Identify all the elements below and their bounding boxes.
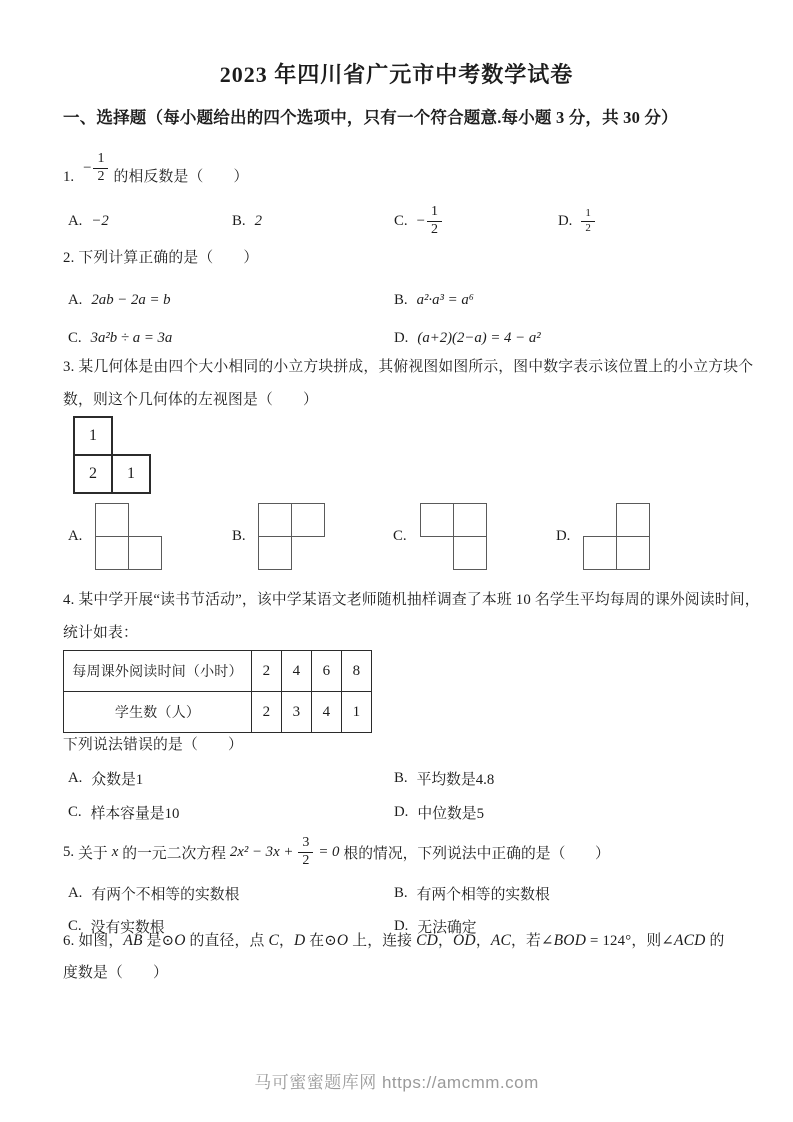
math-segment: CD [416, 932, 438, 949]
q4-option-a: A. 众数是1 [68, 763, 143, 793]
option-label: B. [232, 213, 246, 230]
math-segment: AC [491, 932, 511, 949]
option-value: 平均数是4.8 [417, 768, 495, 789]
math-segment: AB [123, 932, 142, 949]
shape-cell-tr [291, 503, 325, 537]
option-value: −2 [91, 213, 108, 230]
table-row: 每周课外阅读时间（小时） 2 4 6 8 [64, 651, 372, 692]
text-segment: 是⊙ [143, 933, 175, 949]
option-label: A. [68, 213, 82, 230]
q3-options: A. B. C. D. [0, 502, 793, 578]
shape-cell-tl [420, 503, 454, 537]
option-label: C. [68, 330, 82, 347]
q4-options-row2: C. 样本容量是10 D. 中位数是5 [0, 797, 793, 827]
option-label: B. [394, 885, 408, 902]
fraction-numerator: 3 [298, 835, 313, 853]
option-value: 中位数是5 [417, 802, 484, 823]
q5-text: 关于 [78, 842, 108, 863]
q4-stem-line1: 4. 某中学开展“读书节活动”，该中学某语文老师随机抽样调查了本班 10 名学生… [63, 590, 760, 611]
math-segment: O [174, 932, 185, 949]
q3-stem-line1: 3. 某几何体是由四个大小相同的小立方块拼成，其俯视图如图所示，图中数字表示该位… [63, 357, 753, 378]
q6-stem-line2: 度数是（ ） [63, 963, 168, 984]
q5-options-row1: A. 有两个不相等的实数根 B. 有两个相等的实数根 [0, 878, 793, 908]
q5-option-b: B. 有两个相等的实数根 [394, 878, 550, 908]
minus-sign: − [417, 213, 425, 230]
fraction-numerator: 1 [581, 207, 595, 221]
option-label: B. [394, 292, 408, 309]
option-formula: 2ab − 2a = b [91, 292, 170, 309]
q1-option-d: D. 12 [558, 196, 595, 246]
option-formula: 3a²b ÷ a = 3a [91, 330, 173, 347]
q2-options-row1: A. 2ab − 2a = b B. a²·a³ = a⁶ [0, 283, 793, 317]
math-segment: C [268, 932, 279, 949]
option-value: 有两个相等的实数根 [417, 883, 550, 904]
minus-sign: − [83, 160, 91, 177]
option-label: D. [556, 528, 570, 545]
q3-option-d-shape [583, 503, 649, 569]
table-cell: 学生数（人） [64, 692, 252, 733]
q3-top-view-diagram: 1 2 1 [73, 416, 153, 496]
variable-x: x [112, 844, 119, 861]
table-cell: 2 [252, 651, 282, 692]
q5-text: 根的情况，下列说法中正确的是（ ） [343, 842, 609, 863]
text-segment: 6. 如图， [63, 933, 123, 949]
math-segment: O [337, 932, 348, 949]
math-segment: D [294, 932, 305, 949]
option-label: D. [394, 804, 408, 821]
fraction-denominator: 2 [298, 853, 313, 870]
table-cell: 3 [282, 692, 312, 733]
fraction: 32 [298, 835, 313, 870]
exam-paper-page: 2023 年四川省广元市中考数学试卷 一、选择题（每小题给出的四个选项中，只有一… [0, 0, 793, 1122]
shape-cell-tl [258, 503, 292, 537]
q3-option-c-shape [420, 503, 486, 569]
q1-number: 1. [63, 169, 74, 186]
shape-cell-bl [258, 536, 292, 570]
text-segment: ，若∠ [511, 933, 554, 949]
fraction: 12 [93, 151, 108, 186]
table-cell: 2 [252, 692, 282, 733]
math-segment: ACD [674, 932, 706, 949]
footer-watermark: 马可蜜蜜题库网 https://amcmm.com [0, 1068, 793, 1093]
q1-option-a: A. −2 [68, 196, 109, 246]
option-label: A. [68, 885, 82, 902]
table-row: 学生数（人） 2 3 4 1 [64, 692, 372, 733]
shape-cell-br [453, 536, 487, 570]
text-segment: ， [279, 933, 294, 949]
shape-cell-tr [453, 503, 487, 537]
shape-cell-tl [95, 503, 129, 537]
q6-stem-line1: 6. 如图，AB 是⊙O 的直径，点 C，D 在⊙O 上，连接 CD，OD，AC… [63, 930, 724, 952]
fraction-denominator: 2 [427, 222, 442, 239]
equation-left: 2x² − 3x + [230, 844, 293, 861]
table-cell: 每周课外阅读时间（小时） [64, 651, 252, 692]
q3-grid-cell: 1 [73, 416, 113, 456]
q3-grid-cell: 2 [73, 454, 113, 494]
q1-fraction-block: − 12 [83, 151, 108, 186]
q4-table: 每周课外阅读时间（小时） 2 4 6 8 学生数（人） 2 3 4 1 [63, 650, 372, 733]
q5-stem: 5. 关于 x 的一元二次方程 2x² − 3x + 32 = 0 根的情况，下… [63, 828, 614, 876]
cube-count: 1 [127, 465, 135, 483]
q5-number: 5. [63, 844, 74, 861]
fraction-denominator: 2 [93, 169, 108, 186]
table-cell: 8 [342, 651, 372, 692]
option-label: D. [558, 213, 572, 230]
fraction-numerator: 1 [427, 204, 442, 222]
q4-options-row1: A. 众数是1 B. 平均数是4.8 [0, 763, 793, 793]
fraction: 12 [581, 207, 595, 234]
fraction: 12 [427, 204, 442, 239]
table-cell: 1 [342, 692, 372, 733]
q2-option-d: D. (a+2)(2−a) = 4 − a² [394, 321, 541, 355]
table-cell: 4 [312, 692, 342, 733]
option-label: B. [232, 528, 246, 545]
fraction-numerator: 1 [93, 151, 108, 169]
shape-cell-bl [583, 536, 617, 570]
shape-cell-br [128, 536, 162, 570]
q4-option-d: D. 中位数是5 [394, 797, 484, 827]
option-formula: (a+2)(2−a) = 4 − a² [417, 330, 540, 347]
q1-option-c: C. − 12 [394, 196, 442, 246]
q3-option-a-shape [95, 503, 161, 569]
equation-right: = 0 [318, 844, 339, 861]
cube-count: 1 [89, 427, 97, 445]
table-cell: 4 [282, 651, 312, 692]
shape-cell-tr [616, 503, 650, 537]
q4-option-c: C. 样本容量是10 [68, 797, 179, 827]
text-segment: 上，连接 [348, 933, 416, 949]
section-heading: 一、选择题（每小题给出的四个选项中，只有一个符合题意.每小题 3 分，共 30 … [63, 104, 678, 128]
q2-options-row2: C. 3a²b ÷ a = 3a D. (a+2)(2−a) = 4 − a² [0, 321, 793, 355]
q1-option-b: B. 2 [232, 196, 262, 246]
math-segment: OD [453, 932, 476, 949]
option-label: A. [68, 770, 82, 787]
q2-option-a: A. 2ab − 2a = b [68, 283, 171, 317]
option-value: 众数是1 [91, 768, 143, 789]
text-segment: 在⊙ [305, 933, 337, 949]
option-label: B. [394, 770, 408, 787]
q3-stem-line2: 数，则这个几何体的左视图是（ ） [63, 390, 318, 411]
q4-option-b: B. 平均数是4.8 [394, 763, 494, 793]
option-value: 2 [255, 213, 262, 230]
fraction-denominator: 2 [581, 222, 595, 235]
shape-cell-br [616, 536, 650, 570]
option-value: 有两个不相等的实数根 [91, 883, 239, 904]
table-cell: 6 [312, 651, 342, 692]
q3-option-b-shape [258, 503, 324, 569]
q1-stem-text: 的相反数是（ ） [113, 165, 248, 186]
option-formula: a²·a³ = a⁶ [417, 292, 474, 309]
option-label: D. [394, 330, 408, 347]
q1-stem: 1. − 12 的相反数是（ ） [63, 151, 248, 186]
option-value: 样本容量是10 [91, 802, 180, 823]
option-label: A. [68, 292, 82, 309]
cube-count: 2 [89, 465, 97, 483]
option-label: C. [393, 528, 407, 545]
option-label: C. [394, 213, 408, 230]
q2-stem: 2. 下列计算正确的是（ ） [63, 248, 258, 269]
page-title: 2023 年四川省广元市中考数学试卷 [0, 58, 793, 89]
shape-cell-bl [95, 536, 129, 570]
q2-option-b: B. a²·a³ = a⁶ [394, 283, 474, 317]
q5-option-a: A. 有两个不相等的实数根 [68, 878, 239, 908]
q4-stem-line2: 统计如表： [63, 623, 138, 644]
q2-option-c: C. 3a²b ÷ a = 3a [68, 321, 172, 355]
option-label: A. [68, 528, 82, 545]
option-label: C. [68, 804, 82, 821]
q5-text: 的一元二次方程 [122, 842, 226, 863]
math-segment: BOD [554, 932, 586, 949]
text-segment: ， [476, 933, 491, 949]
text-segment: ， [438, 933, 453, 949]
q3-grid-cell: 1 [111, 454, 151, 494]
q1-options: A. −2 B. 2 C. − 12 D. 12 [0, 196, 793, 246]
text-segment: 的直径，点 [186, 933, 269, 949]
text-segment: 的 [706, 933, 725, 949]
text-segment: = 124°，则∠ [586, 933, 674, 949]
q4-stem-line3: 下列说法错误的是（ ） [63, 735, 243, 756]
